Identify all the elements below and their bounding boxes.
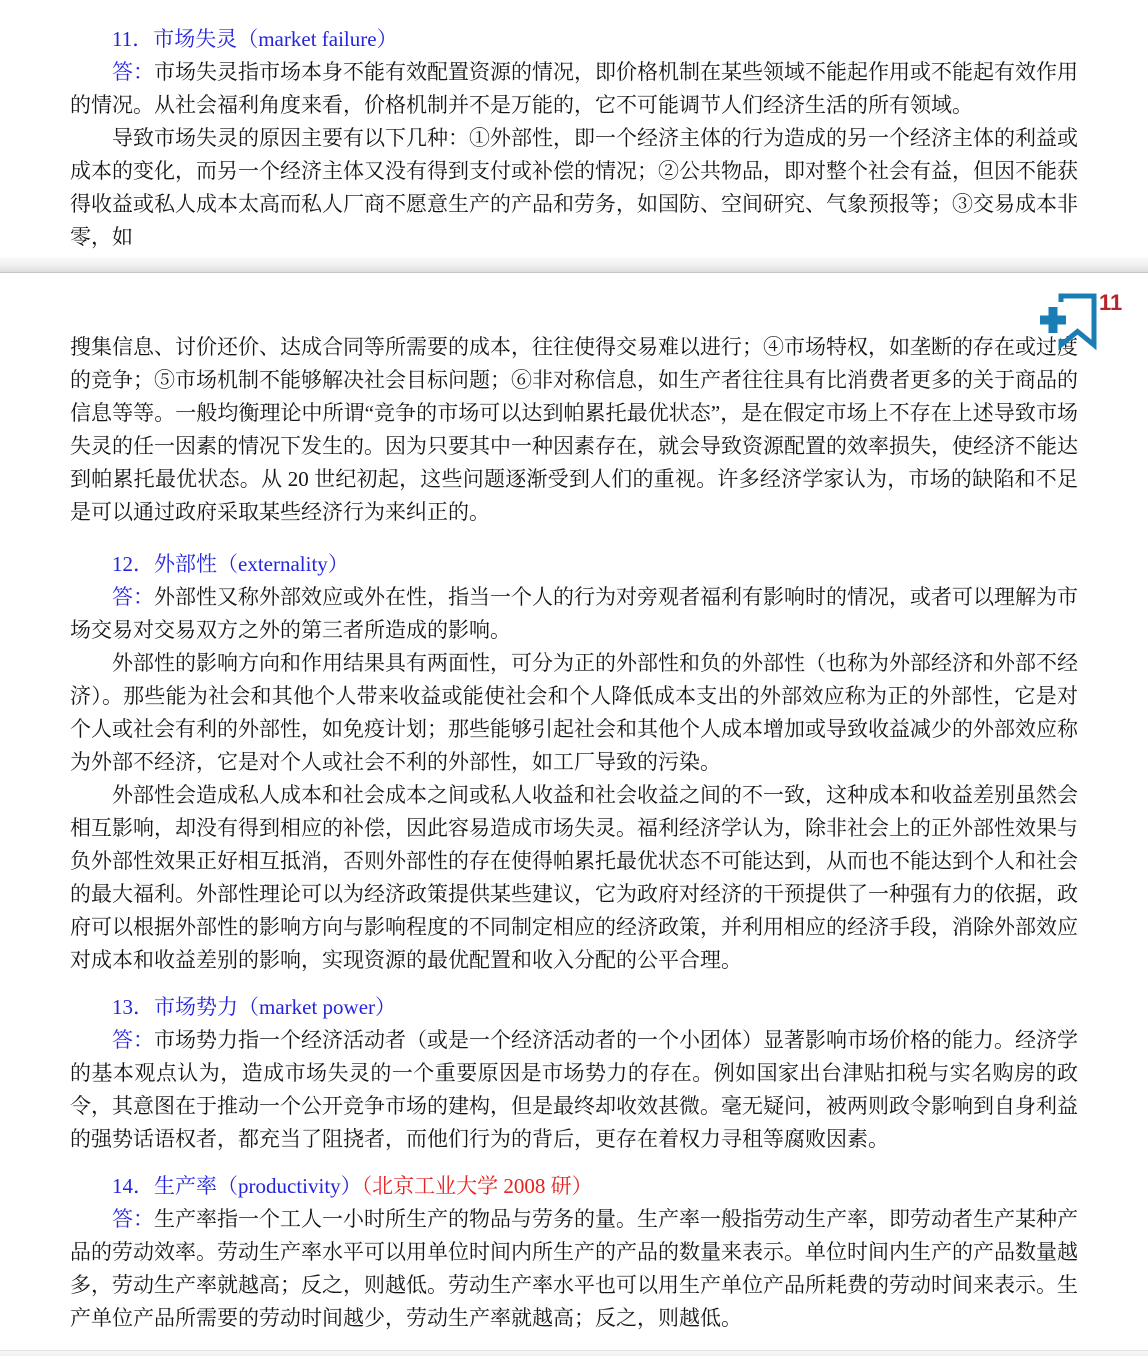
section-12-answer-text: 外部性又称外部效应或外在性，指当一个人的行为对旁观者福利有影响时的情况，或者可以… bbox=[70, 585, 1078, 642]
section-14-answer: 答：生产率指一个工人一小时所生产的物品与劳务的量。生产率一般指劳动生产率，即劳动… bbox=[70, 1203, 1078, 1335]
add-bookmark-button[interactable] bbox=[1036, 289, 1098, 351]
answer-prefix: 答： bbox=[112, 1028, 154, 1052]
section-14-heading-text: 14．生产率（productivity） bbox=[112, 1174, 362, 1198]
section-11-heading: 11．市场失灵（market failure） bbox=[70, 23, 1078, 56]
section-12-heading: 12．外部性（externality） bbox=[70, 548, 1078, 581]
section-11-paragraph-2: 导致市场失灵的原因主要有以下几种：①外部性，即一个经济主体的行为造成的另一个经济… bbox=[70, 122, 1078, 254]
answer-prefix: 答： bbox=[112, 585, 154, 609]
section-11-answer: 答：市场失灵指市场本身不能有效配置资源的情况，即价格机制在某些领域不能起作用或不… bbox=[70, 56, 1078, 122]
page-separator bbox=[0, 257, 1148, 273]
answer-prefix: 答： bbox=[112, 1207, 154, 1231]
section-13-heading: 13．市场势力（market power） bbox=[70, 991, 1078, 1024]
section-11-answer-text: 市场失灵指市场本身不能有效配置资源的情况，即价格机制在某些领域不能起作用或不能起… bbox=[70, 60, 1078, 117]
answer-prefix: 答： bbox=[112, 60, 154, 84]
section-12-paragraph-3: 外部性会造成私人成本和社会成本之间或私人收益和社会收益之间的不一致，这种成本和收… bbox=[70, 779, 1078, 977]
section-12-heading-text: 12．外部性（externality） bbox=[112, 552, 349, 576]
section-13-heading-text: 13．市场势力（market power） bbox=[112, 995, 396, 1019]
add-bookmark-icon bbox=[1036, 339, 1098, 354]
section-11-heading-text: 11．市场失灵（market failure） bbox=[112, 27, 398, 51]
section-12-paragraph-2: 外部性的影响方向和作用结果具有两面性，可分为正的外部性和负的外部性（也称为外部经… bbox=[70, 647, 1078, 779]
section-13-answer: 答：市场势力指一个经济活动者（或是一个经济活动者的一个小团体）显著影响市场价格的… bbox=[70, 1024, 1078, 1156]
section-14-heading: 14．生产率（productivity）（北京工业大学 2008 研） bbox=[70, 1170, 1078, 1203]
section-14-answer-text: 生产率指一个工人一小时所生产的物品与劳务的量。生产率一般指劳动生产率，即劳动者生… bbox=[70, 1207, 1078, 1330]
section-12-answer: 答：外部性又称外部效应或外在性，指当一个人的行为对旁观者福利有影响时的情况，或者… bbox=[70, 581, 1078, 647]
section-11-continuation: 搜集信息、讨价还价、达成合同等所需要的成本，往往使得交易难以进行；④市场特权，如… bbox=[70, 331, 1078, 529]
page-number: 11 bbox=[1099, 289, 1122, 317]
document-viewer: 11．市场失灵（market failure） 答：市场失灵指市场本身不能有效配… bbox=[0, 0, 1148, 1356]
section-13-answer-text: 市场势力指一个经济活动者（或是一个经济活动者的一个小团体）显著影响市场价格的能力… bbox=[70, 1028, 1078, 1151]
page-1-fragment: 11．市场失灵（market failure） 答：市场失灵指市场本身不能有效配… bbox=[0, 0, 1148, 257]
page-2: 搜集信息、讨价还价、达成合同等所需要的成本，往往使得交易难以进行；④市场特权，如… bbox=[0, 273, 1148, 1350]
bottom-page-separator bbox=[0, 1350, 1148, 1356]
section-14-source: （北京工业大学 2008 研） bbox=[362, 1174, 593, 1198]
